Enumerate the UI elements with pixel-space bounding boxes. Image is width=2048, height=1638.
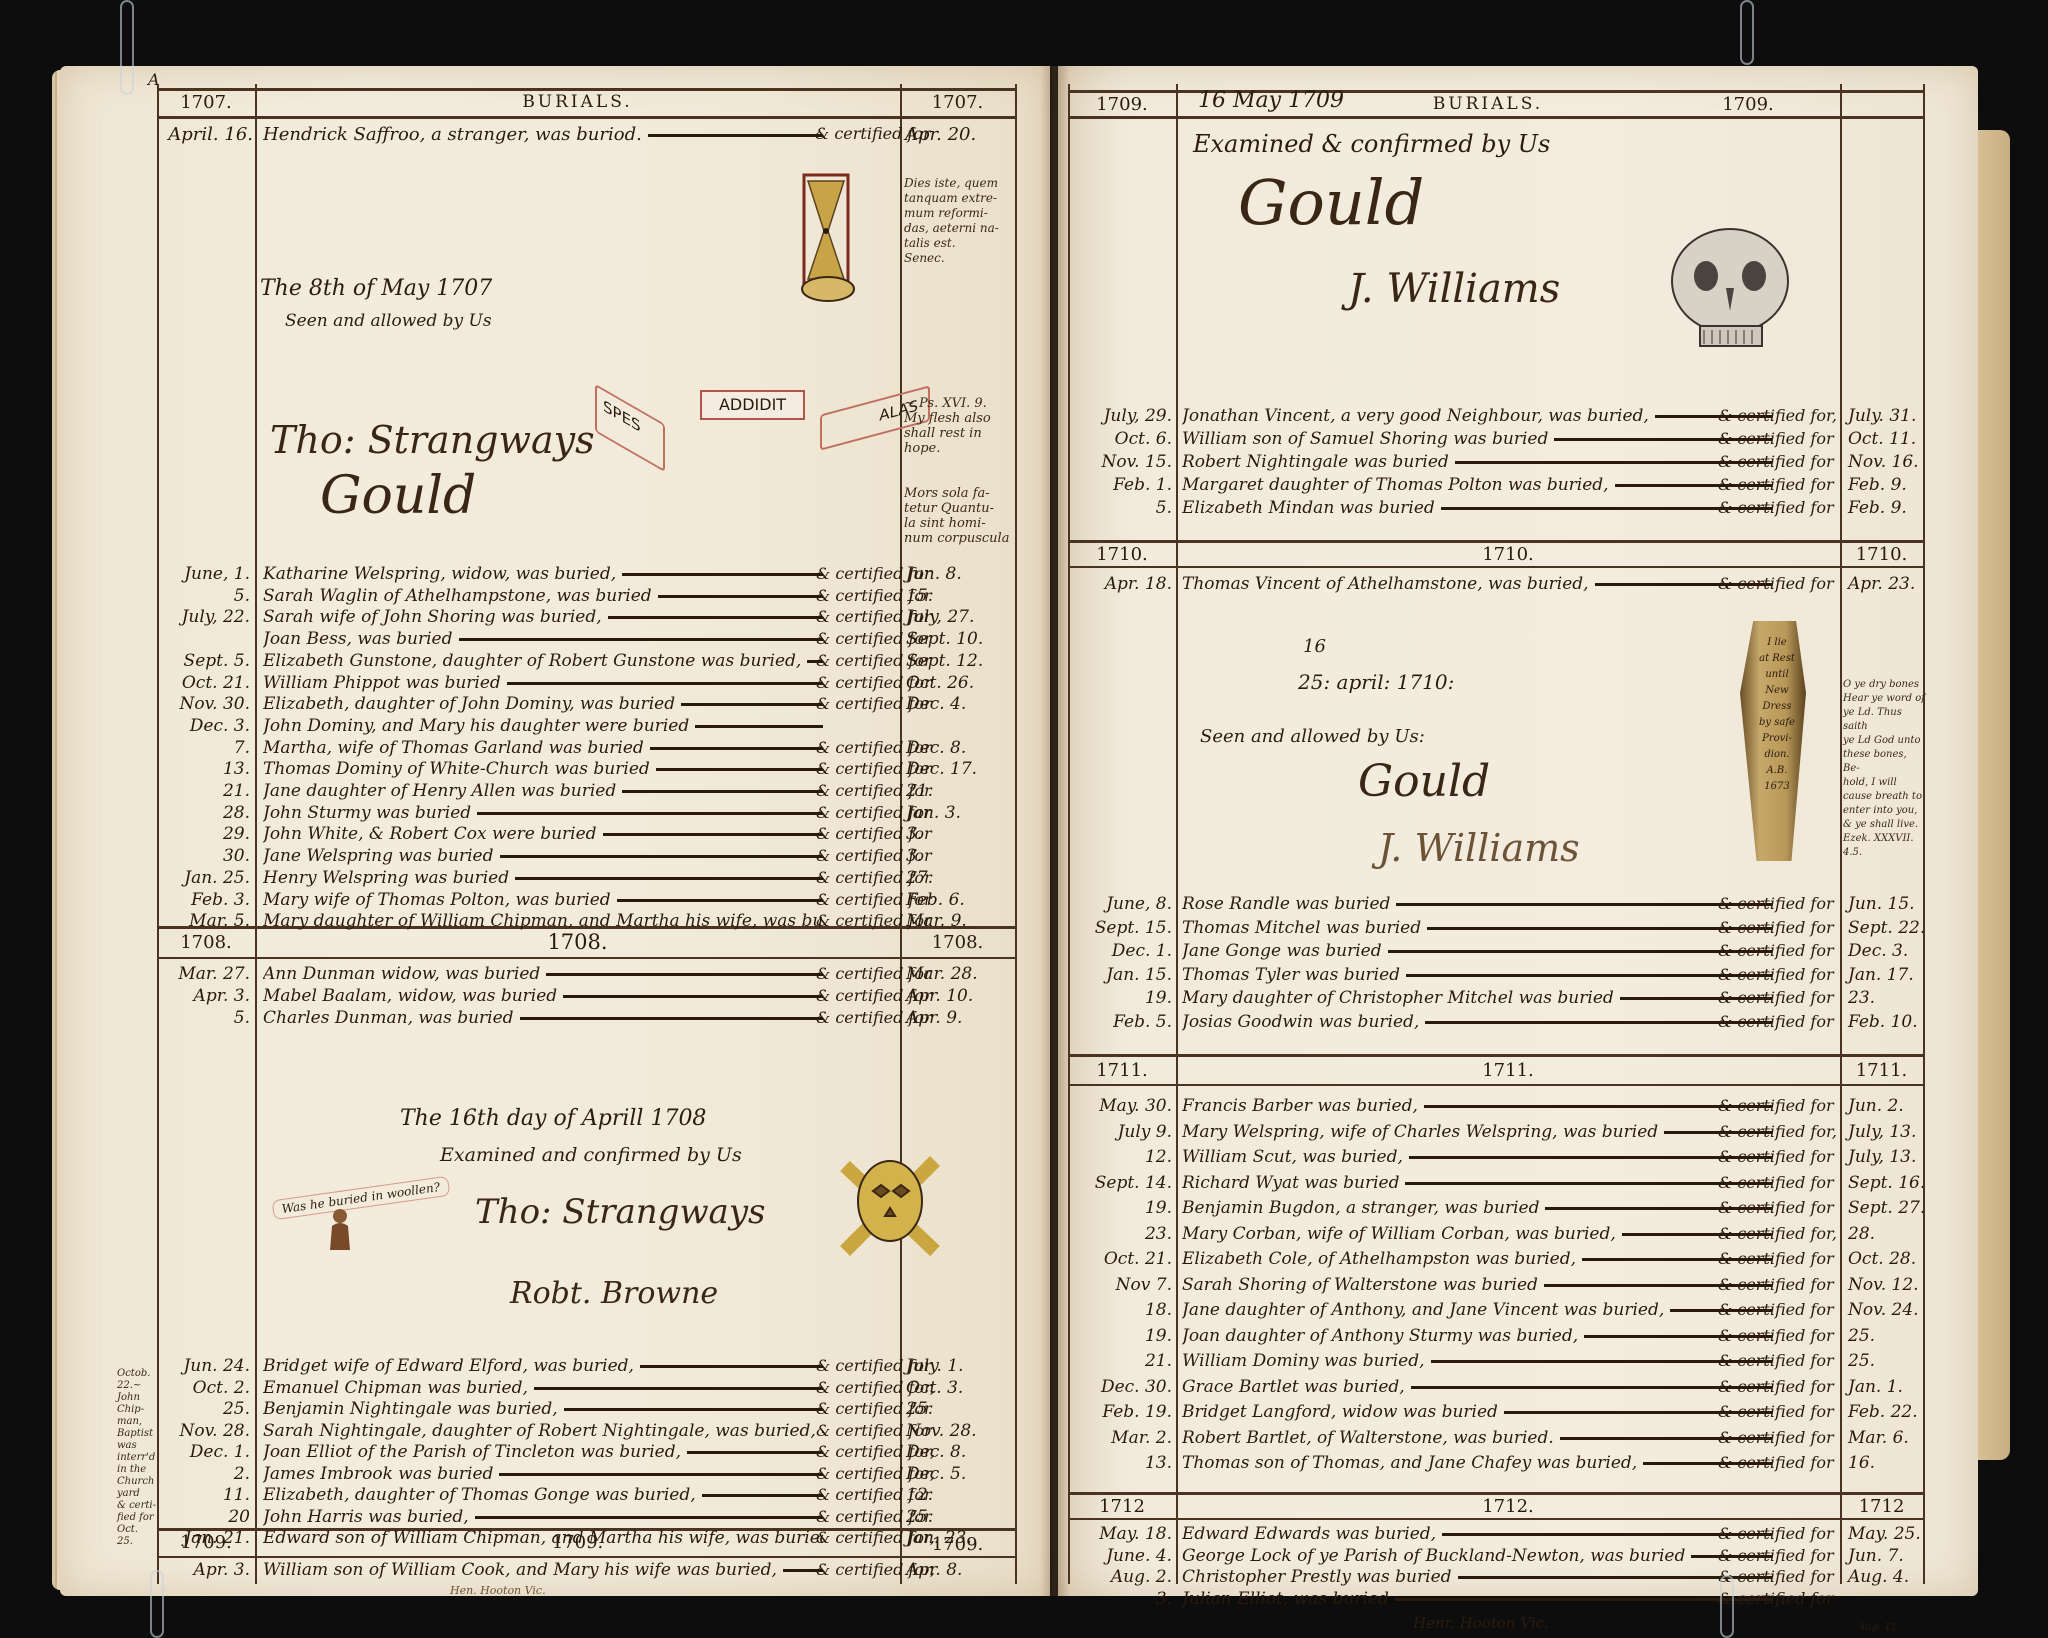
entry-name: Emanuel Chipman was buried,: [263, 1378, 528, 1398]
ezekiel-margin-note: O ye dry bones Hear ye word of ye Ld. Th…: [1843, 678, 1925, 860]
entry-text: William Dominy was buried,: [1182, 1351, 1772, 1371]
entry-text: Joan daughter of Anthony Sturmy was buri…: [1182, 1326, 1772, 1346]
entry-text: Margaret daughter of Thomas Polton was b…: [1182, 475, 1772, 495]
footer-note-right: Aug. 11: [1858, 1622, 1897, 1633]
entry-name: Mary daughter of Christopher Mitchel was…: [1182, 988, 1614, 1008]
year-1711-center: 1711.: [1176, 1060, 1840, 1081]
certified-label: & certified for: [1718, 498, 1834, 517]
certified-label: & certified for: [1718, 1173, 1834, 1192]
entry-name: William son of William Cook, and Mary hi…: [263, 1560, 777, 1580]
burial-date: Nov. 28.: [122, 1421, 250, 1441]
certified-date: Dec. 8.: [906, 1442, 966, 1462]
entry-text: Jane Welspring was buried: [263, 846, 823, 866]
entry-text: Elizabeth, daughter of Thomas Gonge was …: [263, 1485, 823, 1505]
entry-name: Francis Barber was buried,: [1182, 1096, 1418, 1116]
certified-date: Apr. 8.: [906, 1560, 962, 1580]
certified-label: & certified for: [1718, 894, 1834, 913]
page-clip-bottom-left: [150, 1570, 164, 1638]
footer-signature-right: Henr. Hooton Vic.: [1413, 1614, 1549, 1632]
entry-row: 12.William Scut, was buried,& certified …: [1058, 1147, 1928, 1173]
certified-date: Feb. 9.: [1848, 498, 1907, 518]
header-year-left: 1707.: [160, 92, 252, 113]
entry-name: Josias Goodwin was buried,: [1182, 1012, 1419, 1032]
entry-text: Thomas Dominy of White-Church was buried: [263, 759, 823, 779]
burial-date: July, 29.: [1064, 406, 1172, 426]
certified-label: & certified for,: [1718, 1224, 1837, 1243]
entry-name: William Phippot was buried: [263, 673, 501, 693]
year-1709-right: 1709.: [900, 1534, 1015, 1555]
entry-name: Sarah Nightingale, daughter of Robert Ni…: [263, 1421, 816, 1441]
entry-text: John Dominy, and Mary his daughter were …: [263, 716, 823, 736]
certified-label: & certified for: [1718, 1351, 1834, 1370]
entry-row: 19.Benjamin Bugdon, a stranger, was buri…: [1058, 1198, 1928, 1224]
certified-date: 3.: [906, 824, 922, 844]
certified-date: 25.: [906, 1399, 933, 1419]
certified-date: Apr. 9.: [906, 1008, 962, 1028]
entry-rule: [687, 1451, 823, 1454]
burial-date: Dec. 30.: [1064, 1377, 1172, 1397]
header-year-right-right: 1709.: [1698, 94, 1798, 115]
entry-text: Thomas Mitchel was buried: [1182, 918, 1772, 938]
certified-label: & certified for,: [1718, 406, 1837, 425]
burial-date: Dec. 3.: [122, 716, 250, 736]
entry-text: Christopher Prestly was buried: [1182, 1567, 1772, 1587]
certified-date: Jan. 17.: [1848, 965, 1914, 985]
year-rule-1709-bottom: [157, 1556, 1015, 1558]
burial-date: Nov 7.: [1064, 1275, 1172, 1295]
entry-text: Josias Goodwin was buried,: [1182, 1012, 1772, 1032]
year-rule-1710-bottom: [1068, 566, 1923, 568]
entry-rule: [695, 725, 823, 728]
entry-rule: [650, 747, 823, 750]
certified-date: Aug. 4.: [1848, 1567, 1909, 1587]
certified-date: Feb. 22.: [1848, 1402, 1918, 1422]
entry-text: William son of Samuel Shoring was buried: [1182, 429, 1772, 449]
burial-date: 12.: [1064, 1147, 1172, 1167]
entry-rule: [640, 1365, 823, 1368]
certified-label: & certified for: [1718, 1326, 1834, 1345]
certified-date: Apr. 20.: [905, 124, 976, 145]
burial-date: 19.: [1064, 1326, 1172, 1346]
entry-text: Sarah wife of John Shoring was buried,: [263, 607, 823, 627]
entry-name: Elizabeth Mindan was buried: [1182, 498, 1435, 518]
entry-row: Sept. 15.Thomas Mitchel was buried& cert…: [1058, 918, 1928, 944]
certified-date: 25.: [1848, 1326, 1875, 1346]
burial-date: Mar. 27.: [122, 964, 250, 984]
note-1710-day: 16: [1303, 636, 1326, 657]
entry-text: Sarah Shoring of Walterstone was buried: [1182, 1275, 1772, 1295]
note-1707-allowed: Seen and allowed by Us: [285, 311, 492, 331]
signature-williams-1709: J. Williams: [1348, 266, 1560, 312]
burial-date: Mar. 5.: [122, 911, 250, 931]
entry-name: Joan daughter of Anthony Sturmy was buri…: [1182, 1326, 1578, 1346]
entry-row: May. 30.Francis Barber was buried,& cert…: [1058, 1096, 1928, 1122]
entry-row: 5.Elizabeth Mindan was buried& certified…: [1058, 498, 1928, 524]
year-rule-1712-bottom: [1068, 1518, 1923, 1520]
burial-date: 20: [122, 1507, 250, 1527]
entry-name: Jane daughter of Henry Allen was buried: [263, 781, 616, 801]
note-1710-date: 25: april: 1710:: [1298, 670, 1454, 694]
entry-row: 19.Mary daughter of Christopher Mitchel …: [1058, 988, 1928, 1014]
entry-row: 18.Jane daughter of Anthony, and Jane Vi…: [1058, 1300, 1928, 1326]
entry-rule: [681, 703, 823, 706]
certified-label: & certified for: [1718, 574, 1834, 593]
coffin-inscription: I lie at Rest until New Dress by safe Pr…: [1754, 635, 1800, 795]
corner-mark: A: [148, 70, 160, 89]
signature-strangways-1707: Tho: Strangways: [270, 418, 595, 462]
burial-date: July 9.: [1064, 1122, 1172, 1142]
entry-rule: [564, 1408, 823, 1411]
entry-rule: [515, 877, 823, 880]
hourglass-drawing-icon: [800, 171, 862, 306]
entry-row: Jan. 15.Thomas Tyler was buried& certifi…: [1058, 965, 1928, 991]
certified-date: 25.: [1848, 1351, 1875, 1371]
seneca-margin-note: Dies iste, quem tanquam extre- mum refor…: [904, 176, 1014, 266]
certified-label: & certified for: [1718, 1300, 1834, 1319]
certified-date: Nov. 28.: [906, 1421, 977, 1441]
entry-text: Joan Elliot of the Parish of Tincleton w…: [263, 1442, 823, 1462]
entry-rule: [608, 616, 823, 619]
certified-date: Dec. 8.: [906, 738, 966, 758]
entry-name: Thomas Vincent of Athelhamstone, was bur…: [1182, 574, 1589, 594]
signature-gould-1707: Gould: [320, 466, 476, 526]
entry-rule: [520, 1017, 823, 1020]
entry-name: Bridget wife of Edward Elford, was burie…: [263, 1356, 634, 1376]
year-1709-center: 1709.: [255, 1532, 900, 1553]
open-register-book: A 1707. BURIALS. 1707. April. 16. Hendri…: [0, 0, 2048, 1638]
year-rule-1710-top: [1068, 540, 1923, 543]
entry-text: Mary Corban, wife of William Corban, was…: [1182, 1224, 1772, 1244]
entry-name: Elizabeth, daughter of John Dominy, was …: [263, 694, 675, 714]
burial-date: 13.: [122, 759, 250, 779]
certified-label: & certified for: [1718, 1275, 1834, 1294]
burial-date: Dec. 1.: [122, 1442, 250, 1462]
entry-name: Jane Welspring was buried: [263, 846, 494, 866]
entry-text: Bridget Langford, widow was buried: [1182, 1402, 1772, 1422]
header-title-right: BURIALS.: [1418, 94, 1558, 114]
entry-text: Grace Bartlet was buried,: [1182, 1377, 1772, 1397]
entry-name: Thomas Tyler was buried: [1182, 965, 1400, 985]
header-rule-bottom: [157, 116, 1015, 119]
burial-date: 30.: [122, 846, 250, 866]
certified-date: 27.: [906, 868, 933, 888]
entry-text: Thomas Tyler was buried: [1182, 965, 1772, 985]
certified-date: Oct. 3.: [906, 1378, 963, 1398]
certified-date: May. 25.: [1848, 1524, 1921, 1544]
entry-text: Jonathan Vincent, a very good Neighbour,…: [1182, 406, 1772, 426]
certified-date: Oct. 28.: [1848, 1249, 1916, 1269]
year-1708-right: 1708.: [900, 932, 1015, 953]
entry-name: Thomas son of Thomas, and Jane Chafey wa…: [1182, 1453, 1637, 1473]
entry-text: Henry Welspring was buried: [263, 868, 823, 888]
entry-row: Apr. 3.William son of William Cook, and …: [60, 1560, 1020, 1586]
entry-rule: [546, 973, 823, 976]
entry-text: Elizabeth, daughter of John Dominy, was …: [263, 694, 823, 714]
entry-rule: [603, 833, 823, 836]
year-1712-left: 1712: [1068, 1496, 1176, 1517]
certified-label: & certified for: [1718, 1546, 1834, 1565]
entry-row: April. 16. Hendrick Saffroo, a stranger,…: [60, 124, 1020, 150]
burial-date: 21.: [122, 781, 250, 801]
year-1710-right: 1710.: [1840, 544, 1923, 565]
entry-name: Edward Edwards was buried,: [1182, 1524, 1436, 1544]
certified-date: Oct. 26.: [906, 673, 974, 693]
entry-name: Julian Elliot, was buried: [1182, 1589, 1389, 1609]
entry-text: John White, & Robert Cox were buried: [263, 824, 823, 844]
certified-label: & certified for: [1718, 1012, 1834, 1031]
coffin-drawing: I lie at Rest until New Dress by safe Pr…: [1740, 621, 1806, 861]
entry-text: Emanuel Chipman was buried,: [263, 1378, 823, 1398]
entry-name: Thomas Mitchel was buried: [1182, 918, 1421, 938]
entry-rule: [622, 790, 823, 793]
certified-date: Jun. 2.: [1848, 1096, 1904, 1116]
year-rule-1708-bottom: [157, 957, 1015, 959]
certified-date: 23.: [1848, 988, 1875, 1008]
entry-name: Benjamin Bugdon, a stranger, was buried: [1182, 1198, 1539, 1218]
entry-row: July 9.Mary Welspring, wife of Charles W…: [1058, 1122, 1928, 1148]
burial-date: Jan. 15.: [1064, 965, 1172, 985]
entry-rule: [1388, 950, 1772, 953]
entry-name: Joan Bess, was buried: [263, 629, 453, 649]
certified-date: 15.: [906, 586, 933, 606]
entry-name: Robert Nightingale was buried: [1182, 452, 1449, 472]
entry-name: William Scut, was buried,: [1182, 1147, 1403, 1167]
certified-date: Sept. 16.: [1848, 1173, 1925, 1193]
entry-name: Ann Dunman widow, was buried: [263, 964, 540, 984]
entry-text: Francis Barber was buried,: [1182, 1096, 1772, 1116]
year-1711-right: 1711.: [1840, 1060, 1923, 1081]
left-page: A 1707. BURIALS. 1707. April. 16. Hendri…: [60, 66, 1050, 1596]
entry-text: Mary wife of Thomas Polton, was buried: [263, 890, 823, 910]
burial-date: Apr. 3.: [122, 1560, 250, 1580]
certified-date: Sept. 10.: [906, 629, 983, 649]
year-1710-left: 1710.: [1068, 544, 1176, 565]
certified-date: 25.: [906, 1507, 933, 1527]
burial-date: Dec. 1.: [1064, 941, 1172, 961]
entry-text: Charles Dunman, was buried: [263, 1008, 823, 1028]
burial-date: Sept. 15.: [1064, 918, 1172, 938]
burial-date: 3.: [1064, 1589, 1172, 1609]
certified-date: Sept. 27.: [1848, 1198, 1925, 1218]
certified-date: Jun. 8.: [906, 564, 962, 584]
entry-text: Elizabeth Mindan was buried: [1182, 498, 1772, 518]
entry-text: Sarah Nightingale, daughter of Robert Ni…: [263, 1421, 823, 1441]
entry-row: Feb. 5.Josias Goodwin was buried,& certi…: [1058, 1012, 1928, 1038]
burial-date: 5.: [1064, 498, 1172, 518]
burial-date: 5.: [122, 586, 250, 606]
right-page: 1709. 16 May 1709 BURIALS. 1709. Examine…: [1058, 66, 1978, 1596]
burial-date: Feb. 19.: [1064, 1402, 1172, 1422]
entry-row: 19.Joan daughter of Anthony Sturmy was b…: [1058, 1326, 1928, 1352]
entry-text: Mary daughter of Christopher Mitchel was…: [1182, 988, 1772, 1008]
entry-text: Elizabeth Gunstone, daughter of Robert G…: [263, 651, 823, 671]
certified-date: Feb. 9.: [1848, 475, 1907, 495]
entry-text: Thomas son of Thomas, and Jane Chafey wa…: [1182, 1453, 1772, 1473]
year-1708-left: 1708.: [160, 932, 252, 953]
entry-rule: [656, 768, 823, 771]
mors-margin-note: Mors sola fa- tetur Quantu- la sint homi…: [904, 486, 1014, 546]
certified-date: July, 13.: [1848, 1122, 1916, 1142]
praying-figure-drawing-icon: [328, 1206, 352, 1254]
burial-date: 7.: [122, 738, 250, 758]
footer-signature-left: Hen. Hooton Vic.: [450, 1584, 546, 1597]
entry-name: Thomas Dominy of White-Church was buried: [263, 759, 650, 779]
certified-label: & certified for: [1718, 475, 1834, 494]
entry-name: Katharine Welspring, widow, was buried,: [263, 564, 616, 584]
certified-date: 28.: [1848, 1224, 1875, 1244]
entry-name: John Harris was buried,: [263, 1507, 469, 1527]
certified-date: Jun. 7.: [1848, 1546, 1904, 1566]
entry-name: Henry Welspring was buried: [263, 868, 509, 888]
certified-label: & certified for: [1718, 918, 1834, 937]
entry-name: Elizabeth Cole, of Athelhampston was bur…: [1182, 1249, 1576, 1269]
certified-date: Nov. 12.: [1848, 1275, 1919, 1295]
burial-date: Mar. 2.: [1064, 1428, 1172, 1448]
entry-row: 23.Mary Corban, wife of William Corban, …: [1058, 1224, 1928, 1250]
certified-date: Mar. 28.: [906, 964, 978, 984]
entry-row: Mar. 2.Robert Bartlet, of Walterstone, w…: [1058, 1428, 1928, 1454]
burial-date: 21.: [1064, 1351, 1172, 1371]
entry-name: Rose Randle was buried: [1182, 894, 1390, 914]
burial-date: 11.: [122, 1485, 250, 1505]
entry-text: Jane daughter of Henry Allen was buried: [263, 781, 823, 801]
entry-row: Apr. 18.Thomas Vincent of Athelhamstone,…: [1058, 574, 1928, 600]
entry-text: Ann Dunman widow, was buried: [263, 964, 823, 984]
burial-date: Jun. 24.: [122, 1356, 250, 1376]
certified-label: & certified for,: [1718, 1122, 1837, 1141]
entry-rule: [563, 995, 823, 998]
entry-rule: [475, 1516, 823, 1519]
burial-date: 18.: [1064, 1300, 1172, 1320]
certified-date: July, 27.: [906, 607, 974, 627]
skull-crossbones-drawing-icon: [835, 1146, 945, 1271]
burial-date: July, 22.: [122, 607, 250, 627]
year-rule-1711-bottom: [1068, 1084, 1923, 1086]
entry-row: 21.William Dominy was buried,& certified…: [1058, 1351, 1928, 1377]
entry-name: Jonathan Vincent, a very good Neighbour,…: [1182, 406, 1649, 426]
book-gutter: [1040, 66, 1070, 1596]
signature-strangways-1708: Tho: Strangways: [475, 1192, 765, 1232]
entry-name: Mabel Baalam, widow, was buried: [263, 986, 557, 1006]
year-rule-1712-top: [1068, 1492, 1923, 1495]
entry-text: George Lock of ye Parish of Buckland-New…: [1182, 1546, 1772, 1566]
entry-text: Bridget wife of Edward Elford, was burie…: [263, 1356, 823, 1376]
entry-text: Martha, wife of Thomas Garland was burie…: [263, 738, 823, 758]
certified-date: Nov. 24.: [1848, 1300, 1919, 1320]
burial-date: Oct. 21.: [122, 673, 250, 693]
certified-date: 16.: [1848, 1453, 1875, 1473]
entry-row: 13.Thomas son of Thomas, and Jane Chafey…: [1058, 1453, 1928, 1479]
entry-text: James Imbrook was buried: [263, 1464, 823, 1484]
burial-date: Oct. 6.: [1064, 429, 1172, 449]
entry-name: Christopher Prestly was buried: [1182, 1567, 1452, 1587]
entry-rule: [500, 855, 823, 858]
certified-date: 21.: [906, 781, 933, 801]
entry-name: Sarah wife of John Shoring was buried,: [263, 607, 602, 627]
certified-date: Jan. 3.: [906, 803, 961, 823]
entry-text: Robert Nightingale was buried: [1182, 452, 1772, 472]
certified-date: Nov. 16.: [1848, 452, 1919, 472]
header-rule-top-right: [1068, 90, 1923, 93]
burial-date: Sept. 14.: [1064, 1173, 1172, 1193]
burial-date: 13.: [1064, 1453, 1172, 1473]
certified-label: & certified for: [1718, 1453, 1834, 1472]
certified-date: Mar. 9.: [906, 911, 967, 931]
year-rule-1711-top: [1068, 1054, 1923, 1057]
certified-date: Feb. 6.: [906, 890, 965, 910]
entry-row: Dec. 30.Grace Bartlet was buried,& certi…: [1058, 1377, 1928, 1403]
entry-text: Julian Elliot, was buried: [1182, 1589, 1772, 1609]
burial-date: May. 18.: [1064, 1524, 1172, 1544]
certified-label: & certified for: [1718, 452, 1834, 471]
certified-label: & certified for: [1718, 1198, 1834, 1217]
year-1710-center: 1710.: [1176, 544, 1840, 565]
entry-name: Grace Bartlet was buried,: [1182, 1377, 1405, 1397]
note-1708-date: The 16th day of Aprill 1708: [400, 1106, 706, 1131]
certified-date: Sept. 12.: [906, 651, 983, 671]
entry-rule: [477, 812, 823, 815]
page-clip-top-left: [120, 0, 134, 95]
certified-date: July. 1.: [906, 1356, 964, 1376]
header-title: BURIALS.: [255, 92, 900, 112]
year-1712-right: 1712: [1840, 1496, 1923, 1517]
burial-date: Apr. 18.: [1064, 574, 1172, 594]
certified-label: & certified for: [1718, 1524, 1834, 1543]
certified-date: Mar. 6.: [1848, 1428, 1909, 1448]
note-1709-examined: Examined & confirmed by Us: [1193, 130, 1550, 158]
burial-date: June. 4.: [1064, 1546, 1172, 1566]
certified-date: 3.: [906, 846, 922, 866]
burial-date: June, 1.: [122, 564, 250, 584]
entry-text: William son of William Cook, and Mary hi…: [263, 1560, 823, 1580]
entry-text: Mary daughter of William Chipman, and Ma…: [263, 911, 823, 931]
entry-name: John White, & Robert Cox were buried: [263, 824, 597, 844]
entry-text: Joan Bess, was buried: [263, 629, 823, 649]
certified-date: Dec. 3.: [1848, 941, 1908, 961]
burial-date: Apr. 3.: [122, 986, 250, 1006]
entry-name: Jane daughter of Anthony, and Jane Vince…: [1182, 1300, 1664, 1320]
entry-text: Edward Edwards was buried,: [1182, 1524, 1772, 1544]
certified-label: & certified for: [1718, 429, 1834, 448]
entry-name: John Sturmy was buried: [263, 803, 471, 823]
entry-name: Charles Dunman, was buried: [263, 1008, 514, 1028]
burial-date: 5.: [122, 1008, 250, 1028]
burial-date: 19.: [1064, 1198, 1172, 1218]
entry-rule: [459, 638, 824, 641]
entry-name: Mary Welspring, wife of Charles Welsprin…: [1182, 1122, 1658, 1142]
entry-text: Jane daughter of Anthony, and Jane Vince…: [1182, 1300, 1772, 1320]
psalm-margin-note: ~ Ps. XVI. 9. My flesh also shall rest i…: [904, 396, 1014, 456]
entry-name: William Dominy was buried,: [1182, 1351, 1425, 1371]
entry-row: Nov 7.Sarah Shoring of Walterstone was b…: [1058, 1275, 1928, 1301]
entry-name: Benjamin Nightingale was buried,: [263, 1399, 558, 1419]
burial-date: 2.: [122, 1464, 250, 1484]
entry-name: Sarah Shoring of Walterstone was buried: [1182, 1275, 1538, 1295]
entry-rule: [617, 899, 823, 902]
certified-label: & certified for: [1718, 941, 1834, 960]
burial-date: May. 30.: [1064, 1096, 1172, 1116]
certified-date: Feb. 10.: [1848, 1012, 1918, 1032]
entry-rule: [499, 1473, 823, 1476]
entry-name: Joan Elliot of the Parish of Tincleton w…: [263, 1442, 681, 1462]
entry-text: William Scut, was buried,: [1182, 1147, 1772, 1167]
entry-rule: [702, 1494, 823, 1497]
burial-date: Oct. 2.: [122, 1378, 250, 1398]
burial-date: Nov. 30.: [122, 694, 250, 714]
certified-label: & certified for: [1718, 1249, 1834, 1268]
entry-name: Robert Bartlet, of Walterstone, was buri…: [1182, 1428, 1554, 1448]
burial-date: Feb. 1.: [1064, 475, 1172, 495]
